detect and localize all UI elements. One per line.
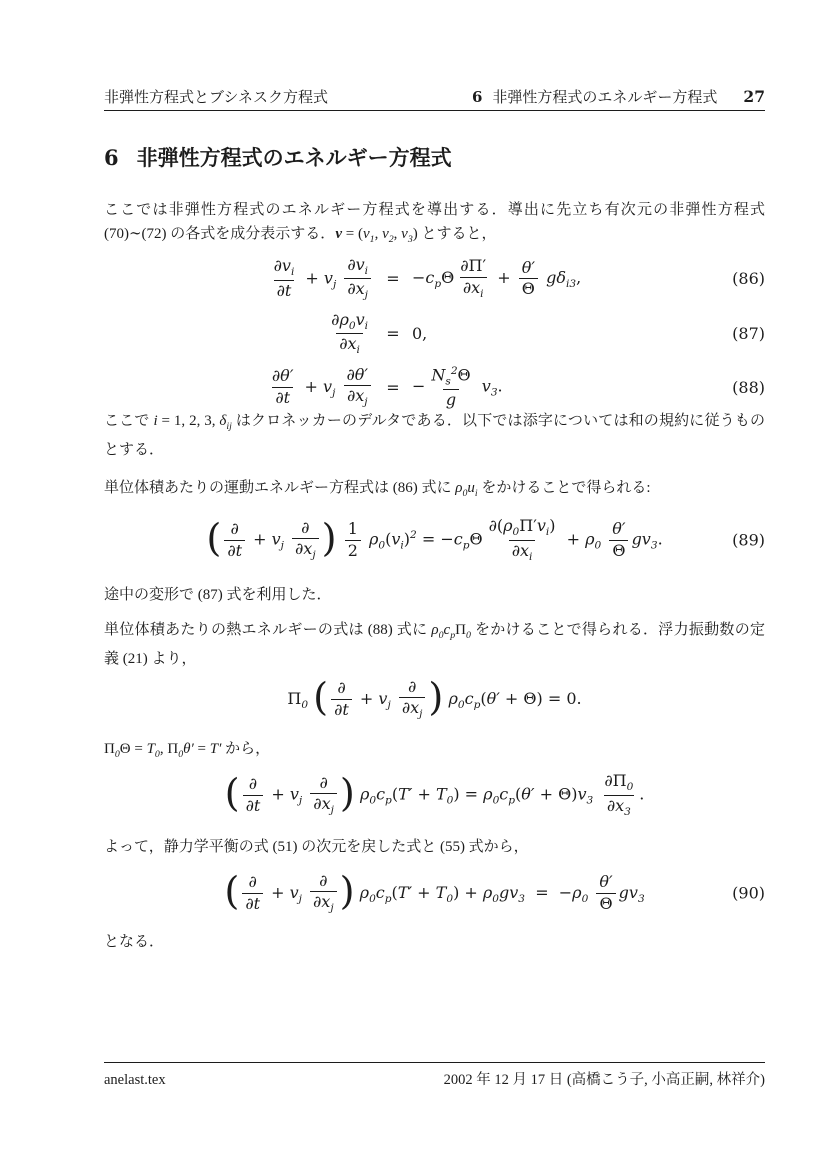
document-page: 非弾性方程式とブシネスク方程式 6 非弾性方程式のエネルギー方程式 27 6 非…	[0, 0, 826, 1169]
paragraph-derivation-intro: ここでは非弾性方程式のエネルギー方程式を導出する．導出に先立ち有次元の非弾性方程…	[104, 199, 765, 251]
running-header: 非弾性方程式とブシネスク方程式 6 非弾性方程式のエネルギー方程式 27	[104, 86, 765, 107]
equation-89: (∂∂t + vj ∂∂xj) 12 ρ0(vi)2 = −cpΘ∂(ρ0Π′v…	[104, 508, 765, 572]
running-head-section: 6 非弾性方程式のエネルギー方程式	[472, 86, 717, 107]
equation-number-89: (89)	[732, 531, 765, 550]
paragraph-kronecker-delta: ここで i = 1, 2, 3, δij はクロネッカーのデルタである．以下では…	[104, 410, 765, 462]
equation-group-86-88: ∂vi∂t + vj ∂vi∂xj = −cpΘ∂Π′∂xi + θ′Θ gδi…	[104, 256, 765, 409]
equation-86-rhs: −cpΘ∂Π′∂xi + θ′Θ gδi3,	[412, 257, 581, 300]
running-head-left: 非弾性方程式とブシネスク方程式	[104, 86, 328, 107]
paragraph-used-eq87: 途中の変形で (87) 式を利用した．	[104, 584, 765, 608]
page-number: 27	[743, 87, 765, 106]
equation-unnumbered-a: Π0 (∂∂t + vj ∂∂xj) ρ0cp(θ′ + Θ) = 0.	[104, 668, 765, 730]
running-head-section-title: 非弾性方程式のエネルギー方程式	[492, 86, 717, 107]
equation-unnumbered-b: (∂∂t + vj ∂∂xj) ρ0cp(T′ + T0) = ρ0cp(θ′ …	[104, 764, 765, 826]
paragraph-conclusion: となる．	[104, 931, 765, 955]
equation-number-88: (88)	[732, 378, 765, 397]
equation-number-90: (90)	[732, 884, 765, 903]
paragraph-kinetic-energy: 単位体積あたりの運動エネルギー方程式は (86) 式に ρ0ui をかけることで…	[104, 477, 765, 506]
equation-87-lhs: ∂ρ0vi∂xi	[325, 311, 374, 357]
equation-88-rhs: −Ns2Θg v3.	[412, 365, 503, 409]
section-number: 6	[104, 145, 119, 170]
paragraph-pi-relations: Π0Θ = T0, Π0θ′ = T′ から，	[104, 738, 765, 767]
footer-rule	[104, 1062, 765, 1063]
paragraph-hydrostatic-balance: よって，静力学平衡の式 (51) の次元を戻した式と (55) 式から，	[104, 836, 765, 860]
equation-90-body: (∂∂t + vj ∂∂xj) ρ0cp(T′ + T0) + ρ0gv3 = …	[224, 872, 644, 915]
section-title: 非弾性方程式のエネルギー方程式	[137, 142, 452, 172]
section-heading: 6 非弾性方程式のエネルギー方程式	[104, 142, 452, 172]
equation-87-rhs: 0,	[412, 324, 427, 343]
equation-88-lhs: ∂θ′∂t + vj ∂θ′∂xj	[266, 366, 374, 409]
equation-86-lhs: ∂vi∂t + vj ∂vi∂xj	[268, 256, 374, 302]
equation-89-body: (∂∂t + vj ∂∂xj) 12 ρ0(vi)2 = −cpΘ∂(ρ0Π′v…	[206, 517, 662, 563]
running-head-section-number: 6	[472, 88, 482, 106]
footer-date-authors: 2002 年 12 月 17 日 (高橋こう子, 小高正嗣, 林祥介)	[444, 1068, 765, 1089]
header-rule	[104, 110, 765, 111]
footer: anelast.tex 2002 年 12 月 17 日 (高橋こう子, 小高正…	[104, 1068, 765, 1089]
equals-sign: =	[386, 324, 399, 343]
paragraph-thermal-energy: 単位体積あたりの熱エネルギーの式は (88) 式に ρ0cpΠ0 をかけることで…	[104, 619, 765, 671]
equation-unnumbered-b-body: (∂∂t + vj ∂∂xj) ρ0cp(T′ + T0) = ρ0cp(θ′ …	[225, 772, 645, 818]
equals-sign: =	[386, 378, 399, 397]
equation-90: (∂∂t + vj ∂∂xj) ρ0cp(T′ + T0) + ρ0gv3 = …	[104, 862, 765, 924]
equation-unnumbered-a-body: Π0 (∂∂t + vj ∂∂xj) ρ0cp(θ′ + Θ) = 0.	[287, 678, 581, 721]
footer-filename: anelast.tex	[104, 1072, 166, 1089]
equation-number-86: (86)	[732, 269, 765, 288]
equation-number-87: (87)	[732, 324, 765, 343]
equals-sign: =	[386, 269, 399, 288]
